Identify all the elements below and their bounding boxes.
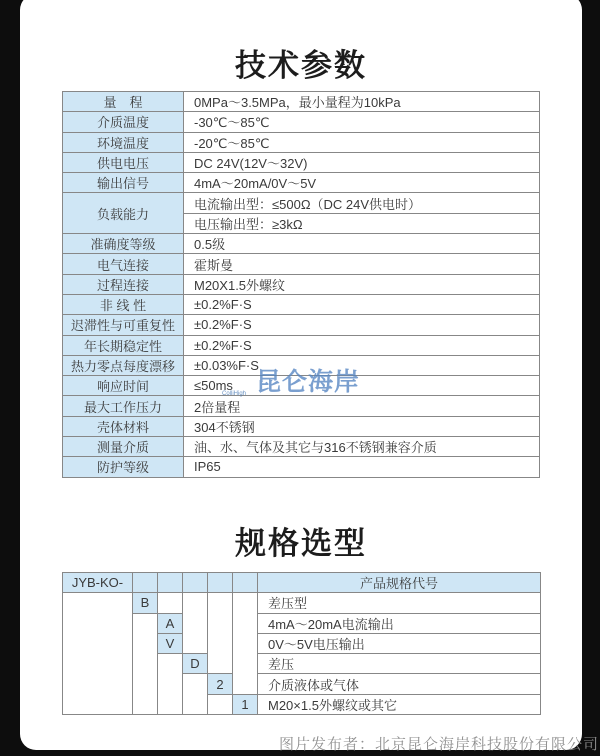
code-cell: 2 <box>208 674 233 694</box>
code-header-cell <box>158 573 183 593</box>
table-row: 供电电压 DC 24V(12V～32V) <box>63 152 540 172</box>
param-label: 壳体材料 <box>63 416 184 436</box>
code-header-cell <box>208 573 233 593</box>
param-value: ±0.2%F·S <box>184 315 540 335</box>
table-row: 非 线 性 ±0.2%F·S <box>63 294 540 314</box>
table-row: 输出信号 4mA～20mA/0V～5V <box>63 173 540 193</box>
spec-selection-table: JYB-KO- 产品规格代号 B 差压型 A 4mA～20mA电流输出 V 0V… <box>62 572 541 715</box>
param-value: -20℃～85℃ <box>184 132 540 152</box>
table-row: 电气连接 霍斯曼 <box>63 254 540 274</box>
param-label: 年长期稳定性 <box>63 335 184 355</box>
desc-cell: 0V～5V电压输出 <box>258 633 541 653</box>
param-value: DC 24V(12V～32V) <box>184 152 540 172</box>
code-cell: D <box>183 654 208 674</box>
param-label: 量 程 <box>63 92 184 112</box>
param-value: 2倍量程 <box>184 396 540 416</box>
desc-cell: 差压型 <box>258 593 541 613</box>
table-row: 迟滞性与可重复性 ±0.2%F·S <box>63 315 540 335</box>
param-label: 防护等级 <box>63 457 184 477</box>
param-label: 准确度等级 <box>63 234 184 254</box>
empty-cell <box>233 593 258 694</box>
table-row: 量 程 0MPa～3.5MPa，最小量程为10kPa <box>63 92 540 112</box>
desc-cell: 介质液体或气体 <box>258 674 541 694</box>
desc-cell: M20×1.5外螺纹或其它 <box>258 694 541 714</box>
param-value: 电流输出型：≤500Ω（DC 24V供电时） <box>184 193 540 213</box>
param-value: 油、水、气体及其它与316不锈钢兼容介质 <box>184 437 540 457</box>
param-value: IP65 <box>184 457 540 477</box>
param-value: ≤50ms <box>184 376 540 396</box>
table-row: JYB-KO- 产品规格代号 <box>63 573 541 593</box>
table-row: 最大工作压力 2倍量程 <box>63 396 540 416</box>
param-label: 电气连接 <box>63 254 184 274</box>
param-value: 304不锈钢 <box>184 416 540 436</box>
empty-cell <box>183 674 208 715</box>
desc-cell: 差压 <box>258 654 541 674</box>
param-label: 供电电压 <box>63 152 184 172</box>
param-label: 介质温度 <box>63 112 184 132</box>
param-value: 霍斯曼 <box>184 254 540 274</box>
param-value: 电压输出型：≥3kΩ <box>184 213 540 233</box>
param-value: 4mA～20mA/0V～5V <box>184 173 540 193</box>
table-row: 环境温度 -20℃～85℃ <box>63 132 540 152</box>
param-value: ±0.03%F·S <box>184 355 540 375</box>
empty-cell <box>208 694 233 714</box>
table-row: 响应时间 ≤50ms <box>63 376 540 396</box>
empty-cell <box>158 593 183 613</box>
param-label: 热力零点每度漂移 <box>63 355 184 375</box>
code-cell: B <box>133 593 158 613</box>
param-value: ±0.2%F·S <box>184 294 540 314</box>
code-cell: V <box>158 633 183 653</box>
empty-cell <box>133 613 158 714</box>
table-row: 准确度等级 0.5级 <box>63 234 540 254</box>
param-label: 迟滞性与可重复性 <box>63 315 184 335</box>
code-header-cell <box>233 573 258 593</box>
empty-cell <box>183 593 208 654</box>
code-cell: 1 <box>233 694 258 714</box>
table-row: 过程连接 M20X1.5外螺纹 <box>63 274 540 294</box>
param-label: 最大工作压力 <box>63 396 184 416</box>
param-label: 测量介质 <box>63 437 184 457</box>
desc-cell: 4mA～20mA电流输出 <box>258 613 541 633</box>
param-label: 负载能力 <box>63 193 184 234</box>
table-row: 壳体材料 304不锈钢 <box>63 416 540 436</box>
param-label: 环境温度 <box>63 132 184 152</box>
param-value: ±0.2%F·S <box>184 335 540 355</box>
tech-params-title: 技术参数 <box>20 40 582 85</box>
param-value: 0MPa～3.5MPa，最小量程为10kPa <box>184 92 540 112</box>
table-row: B 差压型 <box>63 593 541 613</box>
table-row: 年长期稳定性 ±0.2%F·S <box>63 335 540 355</box>
param-label: 响应时间 <box>63 376 184 396</box>
param-value: M20X1.5外螺纹 <box>184 274 540 294</box>
table-row: 介质温度 -30℃～85℃ <box>63 112 540 132</box>
param-value: -30℃～85℃ <box>184 112 540 132</box>
publisher-credit: 图片发布者：北京昆仑海岸科技股份有限公司 <box>279 733 599 754</box>
empty-cell <box>158 654 183 715</box>
param-label: 输出信号 <box>63 173 184 193</box>
code-header-cell <box>183 573 208 593</box>
param-label: 非 线 性 <box>63 294 184 314</box>
table-row: 热力零点每度漂移 ±0.03%F·S <box>63 355 540 375</box>
table-row: 负载能力 电流输出型：≤500Ω（DC 24V供电时） <box>63 193 540 213</box>
spec-code-header: 产品规格代号 <box>258 573 541 593</box>
param-value: 0.5级 <box>184 234 540 254</box>
spec-selection-title: 规格选型 <box>20 518 582 563</box>
table-row: A 4mA～20mA电流输出 <box>63 613 541 633</box>
code-header-cell <box>133 573 158 593</box>
model-prefix: JYB-KO- <box>63 573 133 593</box>
empty-cell <box>208 593 233 674</box>
table-row: 防护等级 IP65 <box>63 457 540 477</box>
code-cell: A <box>158 613 183 633</box>
empty-cell <box>63 593 133 715</box>
tech-params-table: 量 程 0MPa～3.5MPa，最小量程为10kPa 介质温度 -30℃～85℃… <box>62 91 540 478</box>
param-label: 过程连接 <box>63 274 184 294</box>
table-row: 测量介质 油、水、气体及其它与316不锈钢兼容介质 <box>63 437 540 457</box>
